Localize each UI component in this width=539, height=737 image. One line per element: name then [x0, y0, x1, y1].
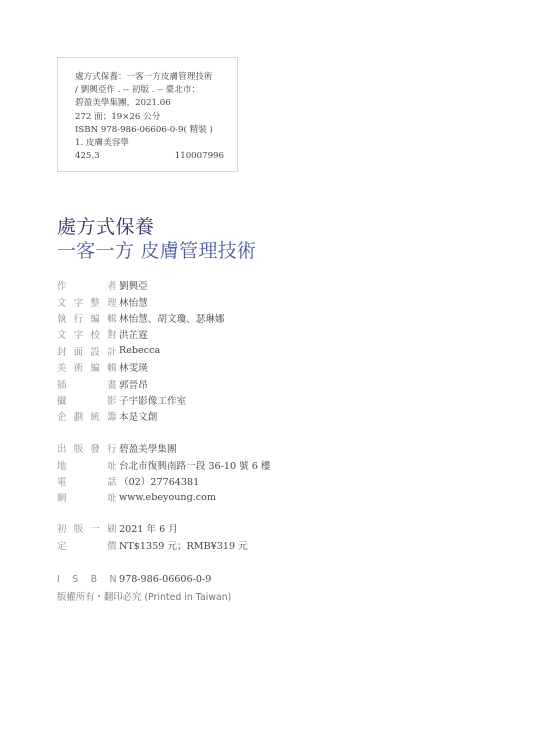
- credit-label: 企劃統籌: [57, 409, 117, 423]
- credit-value: 郭晉昂: [119, 377, 148, 391]
- isbn-info: ISBN 978-986-06606-0-9 版權所有・翻印必究 (Printe…: [57, 571, 231, 604]
- credit-value: 劉興亞: [119, 278, 148, 292]
- credit-label: 網址: [57, 490, 117, 504]
- credits-list: 作者 劉興亞 文字整理 林怡慧 執行編輯 林怡慧、胡文瓊、瑟琳娜 文字校對 洪芷…: [57, 277, 225, 425]
- isbn-value: 978-986-06606-0-9: [119, 574, 211, 585]
- cip-line: 碧盈美學集團，2021.06: [75, 97, 237, 110]
- cip-line: 272 面；19×26 公分: [75, 111, 237, 124]
- credit-label: 插畫: [57, 377, 117, 391]
- credit-value: 林怡慧: [119, 295, 148, 309]
- credit-value: 洪芷霆: [119, 327, 148, 341]
- credit-value: 本是文創: [119, 409, 157, 423]
- credit-executive-editor: 執行編輯 林怡慧、胡文瓊、瑟琳娜: [57, 310, 225, 326]
- credit-planning: 企劃統籌 本是文創: [57, 408, 225, 424]
- credit-illustrator: 插畫 郭晉昂: [57, 375, 225, 391]
- credit-cover-design: 封面設計 Rebecca: [57, 343, 225, 359]
- publisher-phone: 電話 （02）27764381: [57, 473, 271, 489]
- cip-box: 處方式保養：一客一方皮膚管理技術 / 劉興亞作 . -- 初版 . -- 臺北市…: [57, 57, 238, 172]
- credit-label: 美術編輯: [57, 360, 117, 374]
- credit-value: NT$1359 元；RMB¥319 元: [119, 538, 248, 552]
- cip-record-number: 110007996: [175, 150, 224, 163]
- credit-label: 地址: [57, 458, 117, 472]
- credit-label: 定價: [57, 538, 117, 552]
- credit-label: 執行編輯: [57, 311, 117, 325]
- credit-label: 初版一刷: [57, 521, 117, 535]
- cip-class-number: 425.3: [75, 150, 100, 163]
- price: 定價 NT$1359 元；RMB¥319 元: [57, 536, 248, 552]
- credit-art-editor: 美術編輯 林雯瑛: [57, 359, 225, 375]
- credit-label: 作者: [57, 278, 117, 292]
- isbn-row: ISBN 978-986-06606-0-9: [57, 571, 231, 587]
- first-edition: 初版一刷 2021 年 6 月: [57, 520, 248, 536]
- credit-value: （02）27764381: [119, 474, 199, 488]
- cip-line: 1. 皮膚美容學: [75, 137, 237, 150]
- cip-line: 處方式保養：一客一方皮膚管理技術: [75, 71, 237, 84]
- publisher-info: 出版發行 碧盈美學集團 地址 台北市復興南路一段 36-10 號 6 樓 電話 …: [57, 440, 271, 506]
- edition-info: 初版一刷 2021 年 6 月 定價 NT$1359 元；RMB¥319 元: [57, 520, 248, 553]
- credit-photography: 攝影 子宇影像工作室: [57, 392, 225, 408]
- credit-label: 文字整理: [57, 295, 117, 309]
- website-link[interactable]: www.ebeyoung.com: [119, 492, 216, 503]
- credit-label: 封面設計: [57, 344, 117, 358]
- publisher-website: 網址 www.ebeyoung.com: [57, 489, 271, 505]
- credit-author: 作者 劉興亞: [57, 277, 225, 293]
- credit-proofreader: 文字校對 洪芷霆: [57, 326, 225, 342]
- credit-label: 攝影: [57, 393, 117, 407]
- credit-value: Rebecca: [119, 345, 160, 356]
- credit-value: 2021 年 6 月: [119, 521, 178, 535]
- credit-value: 台北市復興南路一段 36-10 號 6 樓: [119, 458, 271, 472]
- publisher-address: 地址 台北市復興南路一段 36-10 號 6 樓: [57, 456, 271, 472]
- credit-text-editor: 文字整理 林怡慧: [57, 293, 225, 309]
- credit-label: 文字校對: [57, 327, 117, 341]
- credit-value: 碧盈美學集團: [119, 441, 177, 455]
- credit-label: 出版發行: [57, 441, 117, 455]
- book-subtitle: 一客一方 皮膚管理技術: [57, 240, 256, 262]
- book-title: 處方式保養: [57, 216, 155, 238]
- cip-line: ISBN 978-986-06606-0-9( 精裝 ): [75, 124, 237, 137]
- cip-numbers: 425.3 110007996: [75, 150, 224, 163]
- credit-value: 林雯瑛: [119, 360, 148, 374]
- copyright-notice: 版權所有・翻印必究 (Printed in Taiwan): [57, 587, 231, 603]
- credit-value: 子宇影像工作室: [119, 393, 186, 407]
- credit-label: 電話: [57, 474, 117, 488]
- credit-label: ISBN: [57, 574, 117, 585]
- cip-line: / 劉興亞作 . -- 初版 . -- 臺北市：: [75, 84, 237, 97]
- publisher-name: 出版發行 碧盈美學集團: [57, 440, 271, 456]
- credit-value: 林怡慧、胡文瓊、瑟琳娜: [119, 311, 225, 325]
